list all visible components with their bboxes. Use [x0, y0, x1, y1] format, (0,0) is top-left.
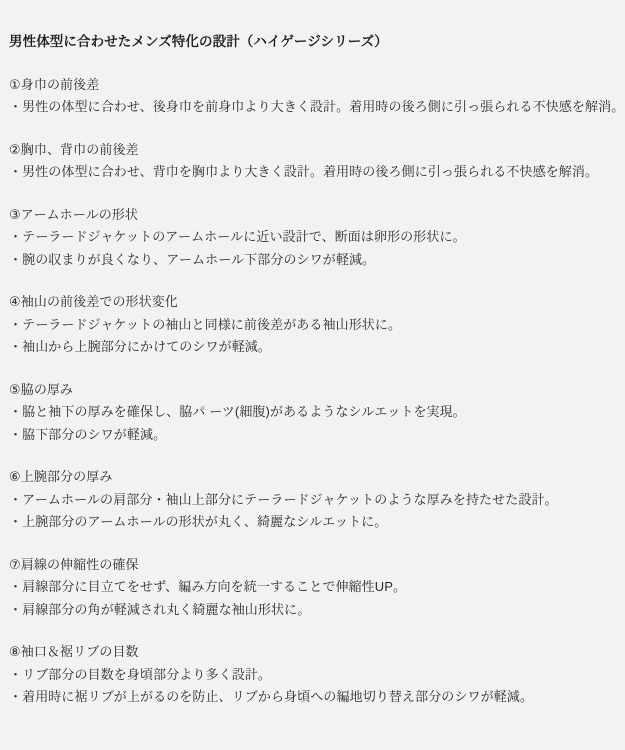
- design-feature-section: ②胸巾、背巾の前後差・男性の体型に合わせ、背巾を胸巾より大きく設計。着用時の後ろ…: [9, 139, 617, 184]
- design-feature-list: ①身巾の前後差・男性の体型に合わせ、後身巾を前身巾より大きく設計。着用時の後ろ側…: [9, 74, 617, 709]
- bullet-line: ・着用時に裾リブが上がるのを防止、リブから身頃への編地切り替え部分のシワが軽減。: [9, 686, 617, 709]
- section-heading: ①身巾の前後差: [9, 74, 617, 97]
- section-heading: ③アームホールの形状: [9, 204, 617, 227]
- section-heading: ⑤脇の厚み: [9, 379, 617, 402]
- bullet-line: ・アームホールの肩部分・袖山上部分にテーラードジャケットのような厚みを持たせた設…: [9, 489, 617, 512]
- bullet-line: ・リブ部分の目数を身頃部分より多く設計。: [9, 664, 617, 687]
- section-heading: ⑧袖口＆裾リブの目数: [9, 641, 617, 664]
- bullet-line: ・袖山から上腕部分にかけてのシワが軽減。: [9, 336, 617, 359]
- bullet-line: ・脇と袖下の厚みを確保し、脇パ ーツ(細腹)があるようなシルエットを実現。: [9, 401, 617, 424]
- bullet-line: ・男性の体型に合わせ、背巾を胸巾より大きく設計。着用時の後ろ側に引っ張られる不快…: [9, 161, 617, 184]
- section-heading: ④袖山の前後差での形状変化: [9, 291, 617, 314]
- design-feature-section: ⑧袖口＆裾リブの目数・リブ部分の目数を身頃部分より多く設計。・着用時に裾リブが上…: [9, 641, 617, 709]
- design-feature-section: ①身巾の前後差・男性の体型に合わせ、後身巾を前身巾より大きく設計。着用時の後ろ側…: [9, 74, 617, 119]
- page-title: 男性体型に合わせたメンズ特化の設計（ハイゲージシリーズ）: [9, 31, 617, 54]
- design-feature-section: ④袖山の前後差での形状変化・テーラードジャケットの袖山と同様に前後差がある袖山形…: [9, 291, 617, 359]
- bullet-line: ・脇下部分のシワが軽減。: [9, 424, 617, 447]
- bullet-line: ・男性の体型に合わせ、後身巾を前身巾より大きく設計。着用時の後ろ側に引っ張られる…: [9, 96, 617, 119]
- section-heading: ⑥上腕部分の厚み: [9, 466, 617, 489]
- bullet-line: ・腕の収まりが良くなり、アームホール下部分のシワが軽減。: [9, 249, 617, 272]
- design-feature-section: ⑦肩線の伸縮性の確保・肩線部分に目立てをせず、編み方向を統一することで伸縮性UP…: [9, 554, 617, 622]
- bullet-line: ・テーラードジャケットの袖山と同様に前後差がある袖山形状に。: [9, 314, 617, 337]
- bullet-line: ・肩線部分の角が軽減され丸く綺麗な袖山形状に。: [9, 599, 617, 622]
- design-feature-section: ③アームホールの形状・テーラードジャケットのアームホールに近い設計で、断面は卵形…: [9, 204, 617, 272]
- bullet-line: ・肩線部分に目立てをせず、編み方向を統一することで伸縮性UP。: [9, 576, 617, 599]
- product-description-page: 男性体型に合わせたメンズ特化の設計（ハイゲージシリーズ） ①身巾の前後差・男性の…: [0, 0, 625, 750]
- bullet-line: ・上腕部分のアームホールの形状が丸く、綺麗なシルエットに。: [9, 511, 617, 534]
- bullet-line: ・テーラードジャケットのアームホールに近い設計で、断面は卵形の形状に。: [9, 226, 617, 249]
- section-heading: ⑦肩線の伸縮性の確保: [9, 554, 617, 577]
- design-feature-section: ⑤脇の厚み・脇と袖下の厚みを確保し、脇パ ーツ(細腹)があるようなシルエットを実…: [9, 379, 617, 447]
- design-feature-section: ⑥上腕部分の厚み・アームホールの肩部分・袖山上部分にテーラードジャケットのような…: [9, 466, 617, 534]
- section-heading: ②胸巾、背巾の前後差: [9, 139, 617, 162]
